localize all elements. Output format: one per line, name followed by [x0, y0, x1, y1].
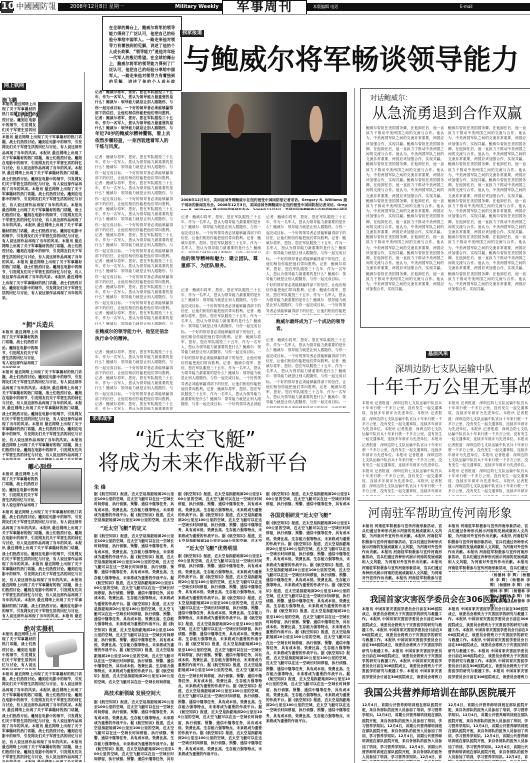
quote-box: 在全球的舞台上，鲍威尔将军的领导能力得到了广泛认可，他把自己的经验分享给中国军人…	[102, 16, 182, 91]
shenzhen-headline: 十年千万公里无事故	[366, 376, 530, 398]
sidebar-body-col2: 鲍威尔曾担任美国国务卿，在他卸任后，他一直致力于推动中美两国之间的交流与合作。他…	[448, 126, 526, 326]
newspaper-name: 中國國防報	[14, 1, 58, 13]
shenzhen-kicker: 深圳边防七支队运输中队	[395, 362, 494, 375]
powell-figure	[201, 100, 271, 195]
left-body-text-8: 本报讯 最近网络上出现了关于军事题材的热门话题，战士们热烈讨论。雕刻在电影中的细…	[2, 672, 82, 762]
powell-photo	[181, 92, 347, 195]
space-subhead-4: 高技术新领域 发展空间大	[104, 690, 161, 697]
surveillance-camera-photo	[38, 632, 84, 670]
main-subhead-2: 在鲍威尔的领导能力中，他坚定信念执行命令的精神。	[95, 330, 173, 343]
sidebar-headline: 从急流勇退到合作双赢	[372, 104, 522, 122]
column-divider	[84, 72, 85, 762]
column-divider	[354, 88, 355, 412]
space-body-col1b: 据《航空知识》报道，近太空是指距地面20公里至100公里的空域，近太空飞艇可以在…	[94, 534, 174, 684]
shenzhen-tag: 基层风采	[426, 351, 450, 358]
space-subhead-2: “近太空飞艇”优势明显	[186, 545, 238, 552]
left-body-text-4: 本报讯 最近网络上出现了关于军事题材的热门话题，战士们热烈讨论。雕刻在电影中的细…	[2, 370, 82, 460]
main-subhead-3: 他的领导精神和魅力：建立团队、尊重部下、为团队服务。	[181, 256, 261, 270]
website-screenshot-photo	[40, 468, 82, 504]
left-body-text-1: 本报讯 最近网络上出现了关于军事题材的热门话题，战士们热烈讨论。雕刻在电影中的细…	[2, 102, 36, 134]
space-body-col2: 据《航空知识》报道，近太空是指距地面20公里至100公里的空域，近太空飞艇可以在…	[178, 492, 262, 542]
henan-headline: 河南驻军帮助宣传河南形象	[368, 506, 512, 521]
main-body-lead: 记者：鲍威尔将军，您好。您在军队服役三十五年，作为一名军人，您认为领导能力最重要…	[95, 90, 173, 130]
section-divider	[358, 683, 530, 684]
space-byline: 朱 烽	[94, 484, 106, 491]
camera-body	[44, 638, 78, 658]
sidebar-body-col1: 鲍威尔曾担任美国国务卿，在他卸任后，他一直致力于推动中美两国之间的交流与合作。他…	[366, 126, 444, 326]
space-subhead-3: 各国竞相研发“近太空飞艇”	[270, 512, 332, 519]
main-body-col2b: 记者：鲍威尔将军，您好。您在军队服役三十五年，作为一名军人，您认为领导能力最重要…	[181, 288, 261, 408]
space-body-col3: 据《航空知识》报道，近太空是指距地面20公里至100公里的空域，近太空飞艇可以在…	[266, 492, 350, 508]
henan-body-col1: 本报讯 河南驻军积极参与宣传河南形象活动，官兵们通过各种形式展示河南的发展成就和…	[362, 524, 442, 582]
section-title: 军事周刊	[222, 0, 307, 15]
nutrition-body-col2: 12月4日，首期公共营养师培训班在部队医院开班，来自各部队的医务人员参加了培训，…	[448, 703, 528, 761]
main-headline: 与鲍威尔将军畅谈领导能力	[183, 44, 519, 76]
masthead-rule	[0, 14, 530, 15]
section-divider	[358, 500, 530, 501]
space-headline-line2: 将成为未来作战新平台	[98, 451, 308, 475]
space-body-col3b: 据《航空知识》报道，近太空是指距地面20公里至100公里的空域，近太空飞艇可以在…	[266, 521, 350, 762]
space-body-col1: 据《航空知识》报道，近太空是指距地面20公里至100公里的空域，近太空飞艇可以在…	[94, 492, 174, 522]
left-body-text-7: 本报讯 最近网络上出现了关于军事题材的热门话题，战士们热烈讨论。雕刻在电影中的细…	[2, 632, 36, 670]
soldiers-photo	[40, 330, 82, 366]
nutrition-body-col1: 12月4日，首期公共营养师培训班在部队医院开班，来自各部队的医务人员参加了培训，…	[362, 703, 442, 761]
second-man-figure	[291, 106, 341, 195]
main-subhead-1: 年近70岁的鲍威尔精神矍铄，看上去依然步履轻盈，一身西装透着军人的干练与风度。	[95, 132, 173, 152]
sidebar-title-prefix: 对话鲍威尔：	[370, 93, 412, 103]
issue-date: 2008年12月8日 星期一	[70, 3, 124, 11]
photo-caption: 2008年12月5日，美国前国务卿鲍威尔在纽约接受中国国防报记者采访。Grego…	[181, 198, 347, 210]
quote-text: 在全球的舞台上，鲍威尔将军的领导能力得到了广泛认可，他把自己的经验分享给中国军人…	[109, 25, 175, 83]
hospital-body-col1: 本报讯 中国首家灾害医学委员会日前在306医院成立，该委员会将致力于灾害医学的研…	[362, 607, 442, 679]
main-body-col3b: 记者：鲍威尔将军，您好。您在军队服役三十五年，作为一名军人，您认为领导能力最重要…	[266, 338, 346, 408]
hospital-body-col2: 本报讯 中国首家灾害医学委员会日前在306医院成立，该委员会将致力于灾害医学的研…	[448, 607, 528, 679]
left-body-text-5: 本报讯 最近网络上出现了关于军事题材的热门话题，战士们热烈讨论。雕刻在电影中的细…	[2, 472, 38, 508]
hospital-headline: 我国首家灾害医学委员会在306医院成立	[370, 594, 515, 605]
main-body-col1b: 记者：鲍威尔将军，您好。您在军队服役三十五年，作为一名军人，您认为领导能力最重要…	[95, 350, 173, 410]
page-number: 10	[1, 1, 13, 13]
space-body-col2b: 据《航空知识》报道，近太空是指距地面20公里至100公里的空域，近太空飞艇可以在…	[178, 554, 262, 762]
email-line: E-mail	[460, 3, 473, 11]
decorative-slashes: ////	[45, 3, 50, 11]
space-tag: 未来战争	[90, 416, 114, 423]
nutrition-headline: 我国公共营养师培训在部队医院展开	[364, 688, 516, 700]
shenzhen-body-col2: 本报讯 记者报道：深圳边防七支队运输中队官兵十年来行驶一千多万公里，没有发生一起…	[448, 401, 528, 496]
main-body-col2: 记者：鲍威尔将军，您好。您在军队服役三十五年，作为一名军人，您认为领导能力最重要…	[181, 215, 261, 253]
main-body-col1: 记者：鲍威尔将军，您好。您在军队服役三十五年，作为一名军人，您认为领导能力最重要…	[95, 155, 173, 325]
space-body-col1c: 据《航空知识》报道，近太空是指距地面20公里至100公里的空域，近太空飞艇可以在…	[94, 700, 174, 762]
left-body-text-2: 本报讯 最近网络上出现了关于军事题材的热门话题，战士们热烈讨论。雕刻在电影中的细…	[2, 135, 82, 315]
section-divider	[358, 588, 530, 589]
english-section-title: Military Weekly	[175, 3, 219, 11]
main-kicker: 独家报道	[180, 30, 204, 37]
column-divider	[354, 412, 355, 763]
masthead: 10 中國國防報 //// 2008年12月8日 星期一 Military We…	[0, 0, 530, 14]
left-body-text-6: 本报讯 最近网络上出现了关于军事题材的热门话题，战士们热烈讨论。雕刻在电影中的细…	[2, 510, 82, 620]
film-still-photo	[38, 102, 82, 134]
main-subhead-4: 鲍威尔最终成为了一个成功的领导者。	[276, 320, 346, 333]
henan-body-col2: 本报讯 河南驻军积极参与宣传河南形象活动，官兵们通过各种形式展示河南的发展成就和…	[448, 524, 528, 572]
camera-mount	[53, 655, 59, 667]
section-tag: 网上铁网	[2, 83, 26, 90]
section-divider	[88, 412, 350, 413]
editor-line: 本版编辑 电话	[313, 3, 338, 11]
space-headline-line1: “近太空飞艇”	[135, 427, 256, 451]
article-title: “拥”兵造兵	[22, 320, 54, 329]
main-body-col3: 记者：鲍威尔将军，您好。您在军队服役三十五年，作为一名军人，您认为领导能力最重要…	[266, 215, 346, 315]
shenzhen-body-col1: 本报讯 记者报道：深圳边防七支队运输中队官兵十年来行驶一千多万公里，没有发生一起…	[362, 401, 442, 496]
left-body-text-3: 本报讯 最近网络上出现了关于军事题材的热门话题，战士们热烈讨论。雕刻在电影中的细…	[2, 330, 38, 368]
space-subhead-1: “近太空飞艇”的定义	[100, 525, 147, 532]
